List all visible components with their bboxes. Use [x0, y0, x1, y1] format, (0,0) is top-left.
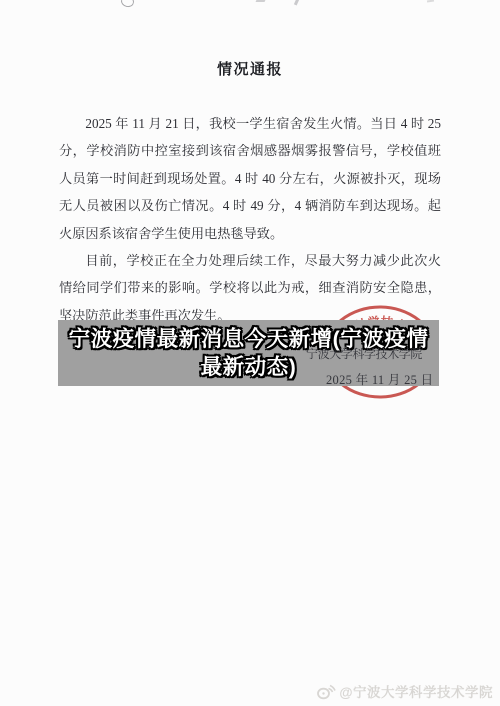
watermark: @宁波大学科学技术学院 — [316, 681, 493, 701]
pen-mark — [294, 0, 299, 5]
notice-photo: 情况通报 2025 年 11 月 21 日，我校一学生宿舍发生火情。当日 4 时… — [0, 0, 500, 706]
pen-mark — [120, 0, 135, 8]
date: 2025 年 11 月 25 日 — [326, 370, 436, 388]
signature: 宁波大学科学技术学院 — [306, 345, 436, 362]
document-title: 情况通报 — [0, 58, 500, 79]
pen-mark — [427, 0, 434, 2]
watermark-text: @宁波大学科学技术学院 — [339, 681, 493, 701]
weibo-icon — [316, 682, 336, 700]
pen-mark — [256, 0, 266, 2]
paragraph-1: 2025 年 11 月 21 日，我校一学生宿舍发生火情。当日 4 时 25 分… — [59, 110, 441, 247]
